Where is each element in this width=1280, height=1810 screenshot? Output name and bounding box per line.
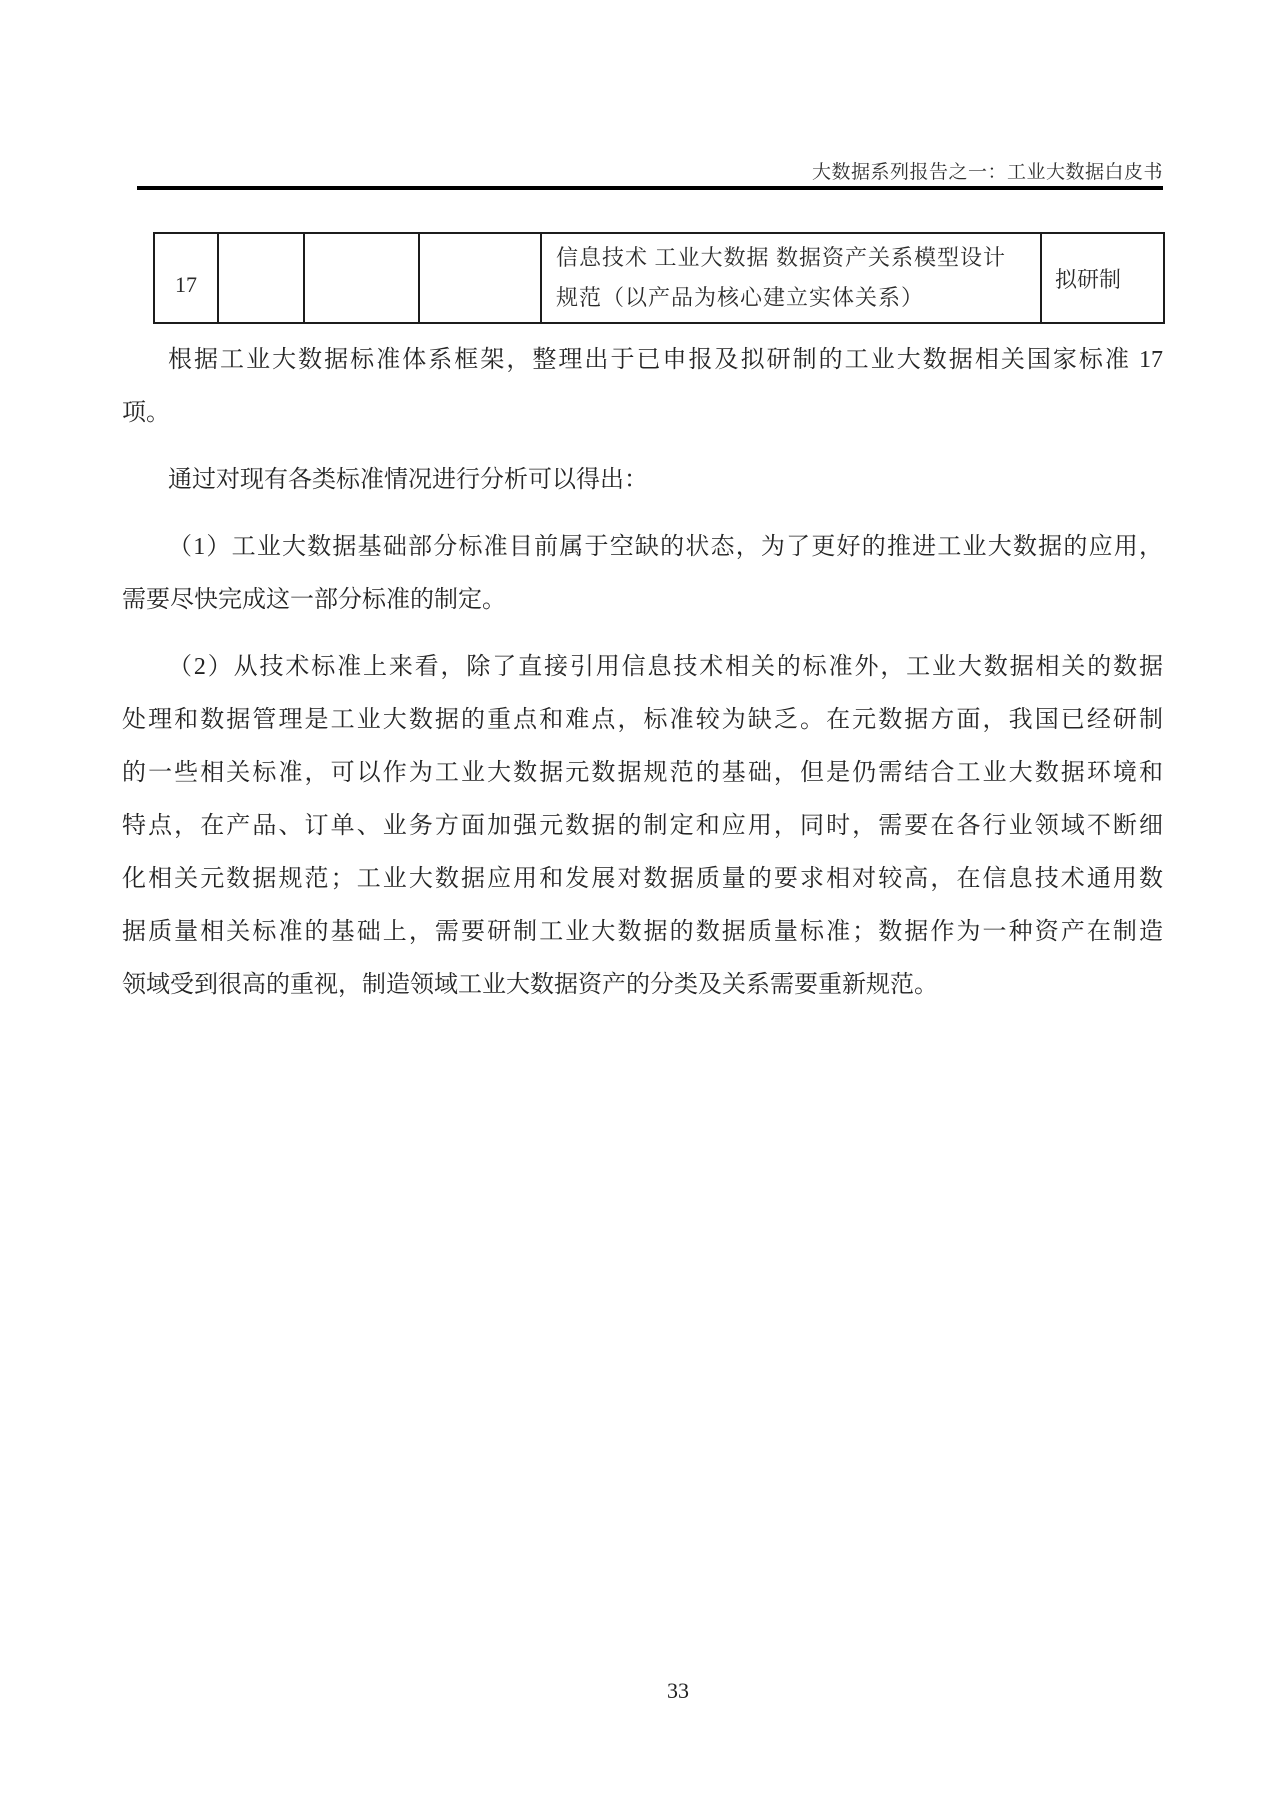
paragraph-line: 化相关元数据规范；工业大数据应用和发展对数据质量的要求相对较高，在信息技术通用数: [122, 853, 1163, 906]
paragraph-1: 根据工业大数据标准体系框架，整理出于已申报及拟研制的工业大数据相关国家标准 17…: [122, 334, 1163, 440]
paragraph-3: （1）工业大数据基础部分标准目前属于空缺的状态，为了更好的推进工业大数据的应用，…: [122, 521, 1163, 627]
paragraph-line: 根据工业大数据标准体系框架，整理出于已申报及拟研制的工业大数据相关国家标准 17: [122, 334, 1163, 387]
standards-table: 17 信息技术 工业大数据 数据资产关系模型设计 规范（以产品为核心建立实体关系…: [153, 232, 1165, 324]
table-row-17: 17 信息技术 工业大数据 数据资产关系模型设计 规范（以产品为核心建立实体关系…: [154, 233, 1164, 323]
cell-status: 拟研制: [1041, 233, 1164, 323]
cell-empty-1: [218, 233, 304, 323]
paragraph-line: 处理和数据管理是工业大数据的重点和难点，标准较为缺乏。在元数据方面，我国已经研制: [122, 694, 1163, 747]
paragraph-line: 项。: [122, 387, 1163, 440]
paragraph-line: 的一些相关标准，可以作为工业大数据元数据规范的基础，但是仍需结合工业大数据环境和: [122, 747, 1163, 800]
document-page: 大数据系列报告之一：工业大数据白皮书 17 信息技术 工业大数据 数据资产关系模…: [0, 0, 1280, 1810]
paragraph-4: （2）从技术标准上来看，除了直接引用信息技术相关的标准外，工业大数据相关的数据 …: [122, 641, 1163, 1012]
standard-name-line: 规范（以产品为核心建立实体关系）: [556, 278, 1028, 318]
paragraph-2: 通过对现有各类标准情况进行分析可以得出：: [122, 454, 1163, 507]
cell-empty-3: [419, 233, 541, 323]
cell-standard-name: 信息技术 工业大数据 数据资产关系模型设计 规范（以产品为核心建立实体关系）: [541, 233, 1041, 323]
paragraph-line: 需要尽快完成这一部分标准的制定。: [122, 574, 1163, 627]
standard-name-line: 信息技术 工业大数据 数据资产关系模型设计: [556, 238, 1028, 278]
paragraph-line: 据质量相关标准的基础上，需要研制工业大数据的数据质量标准；数据作为一种资产在制造: [122, 906, 1163, 959]
page-number: 33: [648, 1678, 708, 1704]
cell-empty-2: [304, 233, 419, 323]
paragraph-line: （2）从技术标准上来看，除了直接引用信息技术相关的标准外，工业大数据相关的数据: [122, 641, 1163, 694]
header-rule: [137, 186, 1163, 190]
paragraph-line: 特点，在产品、订单、业务方面加强元数据的制定和应用，同时，需要在各行业领域不断细: [122, 800, 1163, 853]
paragraph-line: 通过对现有各类标准情况进行分析可以得出：: [122, 454, 1163, 507]
body-text: 根据工业大数据标准体系框架，整理出于已申报及拟研制的工业大数据相关国家标准 17…: [122, 334, 1163, 1012]
running-header-title: 大数据系列报告之一：工业大数据白皮书: [812, 157, 1163, 184]
paragraph-line: 领域受到很高的重视，制造领域工业大数据资产的分类及关系需要重新规范。: [122, 959, 1163, 1012]
paragraph-line: （1）工业大数据基础部分标准目前属于空缺的状态，为了更好的推进工业大数据的应用，: [122, 521, 1163, 574]
cell-row-number: 17: [154, 233, 218, 323]
page-content: 17 信息技术 工业大数据 数据资产关系模型设计 规范（以产品为核心建立实体关系…: [122, 232, 1163, 1012]
